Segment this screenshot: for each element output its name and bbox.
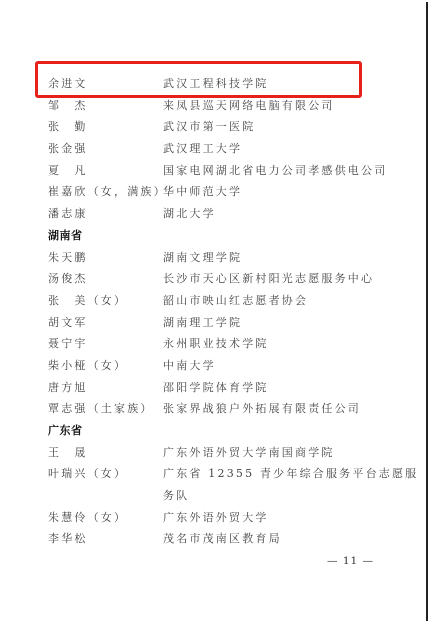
- person-name: 王 晟: [48, 442, 88, 464]
- list-item: 张金强 武汉理工大学: [48, 138, 378, 160]
- list-item: 夏 凡 国家电网湖北省电力公司孝感供电公司: [48, 160, 378, 182]
- list-item: 汤俊杰 长沙市天心区新村阳光志愿服务中心: [48, 268, 378, 290]
- organization-name: 广东省 12355 青少年综合服务平台志愿服: [163, 463, 418, 485]
- list-item: 张 美（女） 韶山市映山红志愿者协会: [48, 290, 378, 312]
- document-page: 余进文 武汉工程科技学院 邹 杰 来凤县巡天网络电脑有限公司 张 勤 武汉市第一…: [0, 0, 426, 623]
- list-item: 柴小桠（女） 中南大学: [48, 355, 378, 377]
- person-name: 叶瑞兴（女）: [48, 463, 127, 485]
- organization-name: 中南大学: [163, 355, 216, 377]
- list-item: 王 晟 广东外语外贸大学南国商学院: [48, 442, 378, 464]
- organization-name: 国家电网湖北省电力公司孝感供电公司: [163, 160, 387, 182]
- person-name: 柴小桠（女）: [48, 355, 127, 377]
- page-number: — 11 —: [327, 555, 374, 567]
- organization-name: 武汉理工大学: [163, 138, 242, 160]
- list-item: 张 勤 武汉市第一医院: [48, 116, 378, 138]
- person-name: 张 美（女）: [48, 290, 127, 312]
- organization-name: 华中师范大学: [163, 181, 242, 203]
- organization-name: 武汉工程科技学院: [163, 73, 269, 95]
- list-item: 覃志强（土家族） 张家界战狼户外拓展有限责任公司: [48, 398, 378, 420]
- page-edge-divider: [426, 2, 428, 621]
- organization-name: 韶山市映山红志愿者协会: [163, 290, 308, 312]
- person-name: 唐方旭: [48, 377, 88, 399]
- organization-name: 湖南理工学院: [163, 312, 242, 334]
- person-name: 崔嘉欣（女，满族）: [48, 181, 167, 203]
- list-item: 朱慧伶（女） 广东外语外贸大学: [48, 507, 378, 529]
- person-name: 李华松: [48, 528, 88, 550]
- person-name: 潘志康: [48, 203, 88, 225]
- person-name: 余进文: [48, 73, 88, 95]
- person-name: 覃志强（土家族）: [48, 398, 154, 420]
- list-item-continuation: 务队: [48, 485, 378, 507]
- organization-name: 广东外语外贸大学: [163, 507, 269, 529]
- province-heading: 湖南省: [48, 225, 378, 247]
- list-item: 潘志康 湖北大学: [48, 203, 378, 225]
- organization-name: 湖南文理学院: [163, 247, 242, 269]
- person-name: 聂宁宇: [48, 333, 88, 355]
- list-item: 聂宁宇 永州职业技术学院: [48, 333, 378, 355]
- organization-name: 茂名市茂南区教育局: [163, 528, 282, 550]
- list-item: 朱天鹏 湖南文理学院: [48, 247, 378, 269]
- organization-name: 永州职业技术学院: [163, 333, 269, 355]
- organization-name: 湖北大学: [163, 203, 216, 225]
- person-name: 夏 凡: [48, 160, 88, 182]
- person-name: 张金强: [48, 138, 88, 160]
- organization-name: 张家界战狼户外拓展有限责任公司: [163, 398, 361, 420]
- list-item: 唐方旭 邵阳学院体育学院: [48, 377, 378, 399]
- list-item: 邹 杰 来凤县巡天网络电脑有限公司: [48, 95, 378, 117]
- list-item: 余进文 武汉工程科技学院: [48, 73, 378, 95]
- province-name: 广东省: [48, 420, 83, 442]
- person-name: 胡文军: [48, 312, 88, 334]
- organization-name: 长沙市天心区新村阳光志愿服务中心: [163, 268, 374, 290]
- organization-name: 广东外语外贸大学南国商学院: [163, 442, 335, 464]
- list-item: 崔嘉欣（女，满族） 华中师范大学: [48, 181, 378, 203]
- person-name: 汤俊杰: [48, 268, 88, 290]
- person-name: 朱慧伶（女）: [48, 507, 127, 529]
- province-heading: 广东省: [48, 420, 378, 442]
- organization-name: 武汉市第一医院: [163, 116, 255, 138]
- organization-name: 来凤县巡天网络电脑有限公司: [163, 95, 335, 117]
- organization-name: 邵阳学院体育学院: [163, 377, 269, 399]
- honoree-list: 余进文 武汉工程科技学院 邹 杰 来凤县巡天网络电脑有限公司 张 勤 武汉市第一…: [48, 73, 378, 550]
- person-name: 张 勤: [48, 116, 88, 138]
- person-name: 邹 杰: [48, 95, 88, 117]
- person-name: 朱天鹏: [48, 247, 88, 269]
- list-item: 李华松 茂名市茂南区教育局: [48, 528, 378, 550]
- list-item: 胡文军 湖南理工学院: [48, 312, 378, 334]
- province-name: 湖南省: [48, 225, 83, 247]
- list-item: 叶瑞兴（女） 广东省 12355 青少年综合服务平台志愿服: [48, 463, 378, 485]
- organization-name-continuation: 务队: [163, 485, 189, 507]
